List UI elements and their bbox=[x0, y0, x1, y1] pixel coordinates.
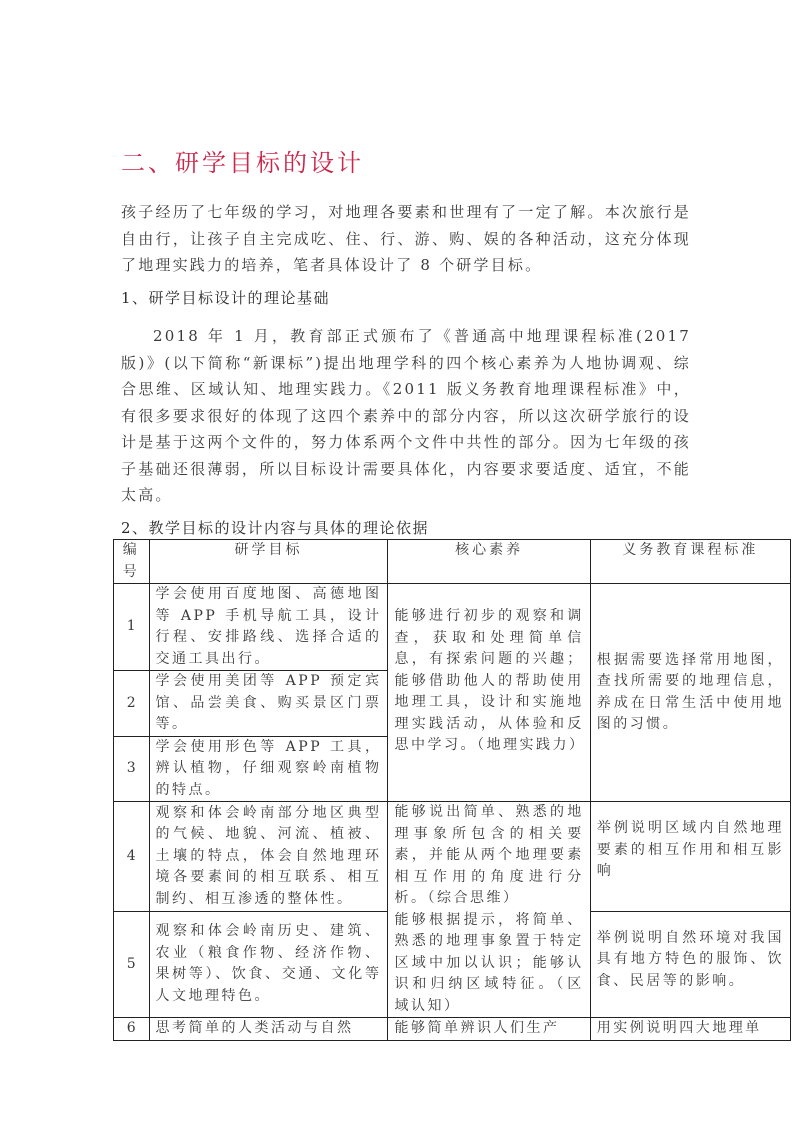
header-goal: 研学目标 bbox=[149, 540, 388, 584]
row-goal: 观察和体会岭南历史、建筑、农业（粮食作物、经济作物、果树等）、饮食、交通、文化等… bbox=[149, 911, 388, 1017]
row-number: 2 bbox=[114, 671, 150, 737]
row-core-literacy: 能够简单辨识人们生产 bbox=[388, 1018, 590, 1041]
intro-paragraph: 孩子经历了七年级的学习，对地理各要素和世理有了一定了解。本次旅行是自由行，让孩子… bbox=[121, 199, 691, 279]
header-core-literacy: 核心素养 bbox=[388, 540, 590, 584]
row-standard: 举例说明区域内自然地理要素的相互作用和相互影响 bbox=[590, 802, 790, 912]
section-title: 二、研学目标的设计 bbox=[121, 143, 364, 178]
row-goal: 观察和体会岭南部分地区典型的气候、地貌、河流、植被、土壤的特点，体会自然地理环境… bbox=[149, 802, 388, 912]
row-standard: 举例说明自然环境对我国具有地方特色的服饰、饮食、民居等的影响。 bbox=[590, 911, 790, 1017]
table-header-row: 编号 研学目标 核心素养 义务教育课程标准 bbox=[114, 540, 791, 584]
header-number: 编号 bbox=[114, 540, 150, 584]
row-number: 1 bbox=[114, 584, 150, 671]
row-goal: 学会使用百度地图、高德地图等 APP 手机导航工具，设计行程、安排路线、选择合适… bbox=[149, 584, 388, 671]
core-literacy-regional-cognition: 能够根据提示，将简单、熟悉的地理事象置于特定区域中加以认识；能够认识和归纳区域特… bbox=[394, 910, 583, 1018]
standard-map-usage: 根据需要选择常用地图，查找所需要的地理信息，养成在日常生活中使用地图的习惯。 bbox=[590, 584, 790, 802]
row-goal: 学会使用形色等 APP 工具，辨认植物，仔细观察岭南植物的特点。 bbox=[149, 736, 388, 802]
header-curriculum-standard: 义务教育课程标准 bbox=[590, 540, 790, 584]
table-row: 1 学会使用百度地图、高德地图等 APP 手机导航工具，设计行程、安排路线、选择… bbox=[114, 584, 791, 671]
core-literacy-thinking-region: 能够说出简单、熟悉的地理事象所包含的相关要素，并能从两个地理要素相互作用的角度进… bbox=[388, 802, 590, 1018]
row-number: 4 bbox=[114, 802, 150, 912]
core-literacy-comprehensive-thinking: 能够说出简单、熟悉的地理事象所包含的相关要素，并能从两个地理要素相互作用的角度进… bbox=[394, 802, 583, 910]
subsection-2-title: 2、教学目标的设计内容与具体的理论依据 bbox=[121, 517, 429, 538]
subsection-1-title: 1、研学目标设计的理论基础 bbox=[121, 287, 330, 308]
table-row: 6 思考简单的人类活动与自然 能够简单辨识人们生产 用实例说明四大地理单 bbox=[114, 1018, 791, 1041]
row-number: 6 bbox=[114, 1018, 150, 1041]
row-number: 3 bbox=[114, 736, 150, 802]
row-goal: 学会使用美团等 APP 预定宾馆、品尝美食、购买景区门票等。 bbox=[149, 671, 388, 737]
core-literacy-practice: 能够进行初步的观察和调查，获取和处理简单信息，有探索问题的兴趣；能够借助他人的帮… bbox=[388, 584, 590, 802]
subsection-1-paragraph: 2018 年 1 月，教育部正式颁布了《普通高中地理课程标准(2017 版)》(… bbox=[121, 323, 691, 509]
table-row: 4 观察和体会岭南部分地区典型的气候、地貌、河流、植被、土壤的特点，体会自然地理… bbox=[114, 802, 791, 912]
research-goals-table: 编号 研学目标 核心素养 义务教育课程标准 1 学会使用百度地图、高德地图等 A… bbox=[113, 539, 791, 1041]
row-standard: 用实例说明四大地理单 bbox=[590, 1018, 790, 1041]
row-goal: 思考简单的人类活动与自然 bbox=[149, 1018, 388, 1041]
row-number: 5 bbox=[114, 911, 150, 1017]
